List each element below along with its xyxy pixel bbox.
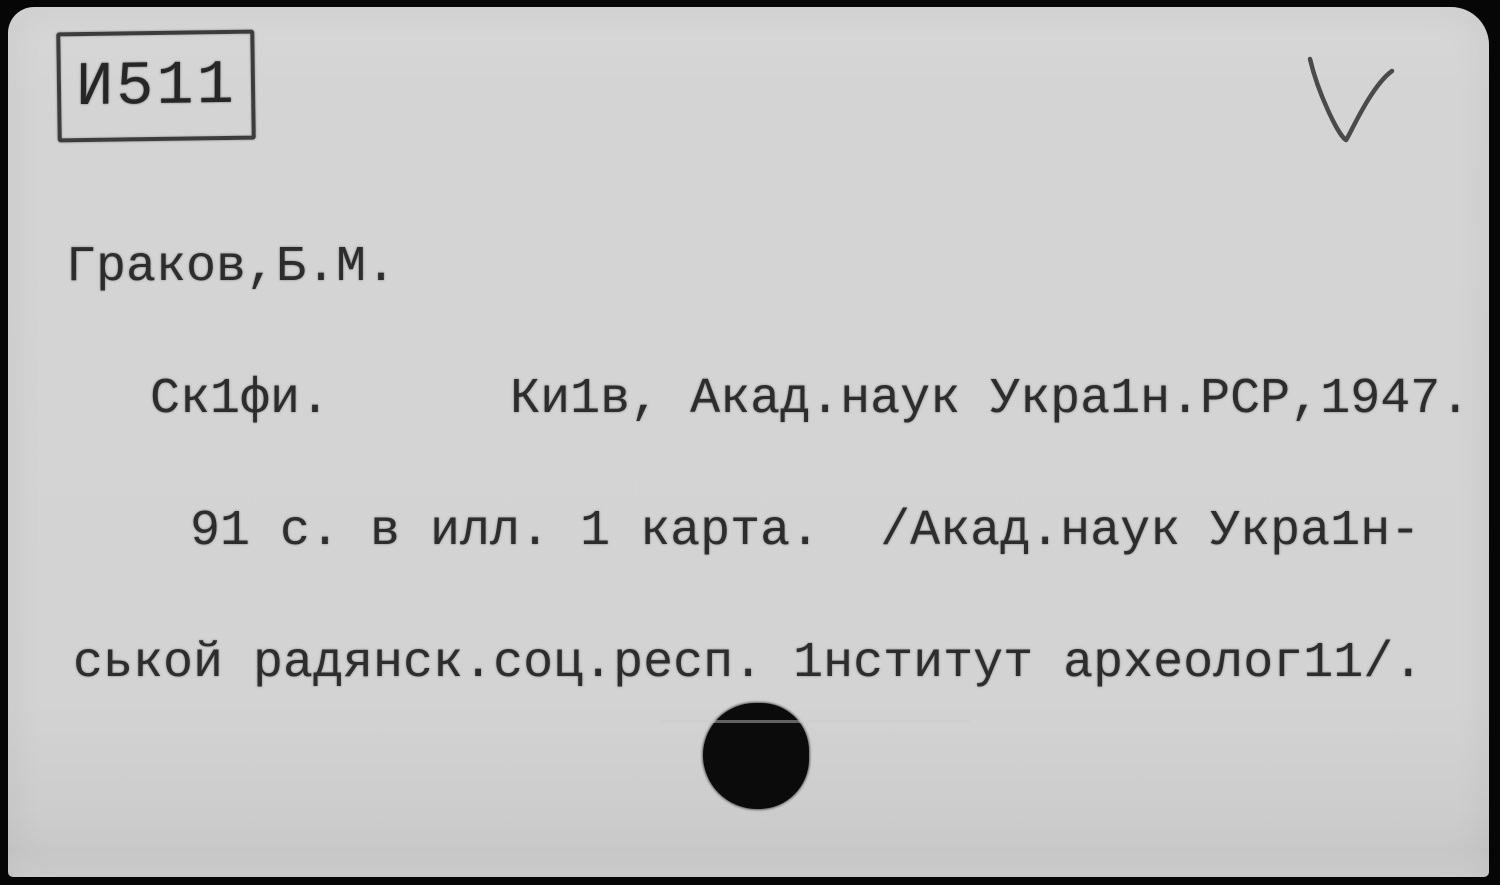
card-text: Граков,Б.М. Ск1фи. Ки1в, Акад.наук Укра1… xyxy=(8,158,1489,774)
checkmark-icon xyxy=(1296,49,1406,154)
catalog-card: И511 Граков,Б.М. Ск1фи. Ки1в, Акад.наук … xyxy=(8,7,1489,877)
publisher-line: ськой радянск.соц.респ. 1нститут археоло… xyxy=(8,642,1489,686)
scanned-document: И511 Граков,Б.М. Ск1фи. Ки1в, Акад.наук … xyxy=(0,0,1500,885)
author-line: Граков,Б.М. xyxy=(8,246,1489,290)
title-imprint-line: Ск1фи. Ки1в, Акад.наук Укра1н.РСР,1947. xyxy=(8,378,1489,422)
punch-hole xyxy=(703,703,809,809)
call-number-box: И511 xyxy=(56,30,256,143)
call-number: И511 xyxy=(75,49,236,122)
collation-line: 91 с. в илл. 1 карта. /Акад.наук Укра1н- xyxy=(8,510,1489,554)
scan-artifact-line xyxy=(660,720,970,723)
